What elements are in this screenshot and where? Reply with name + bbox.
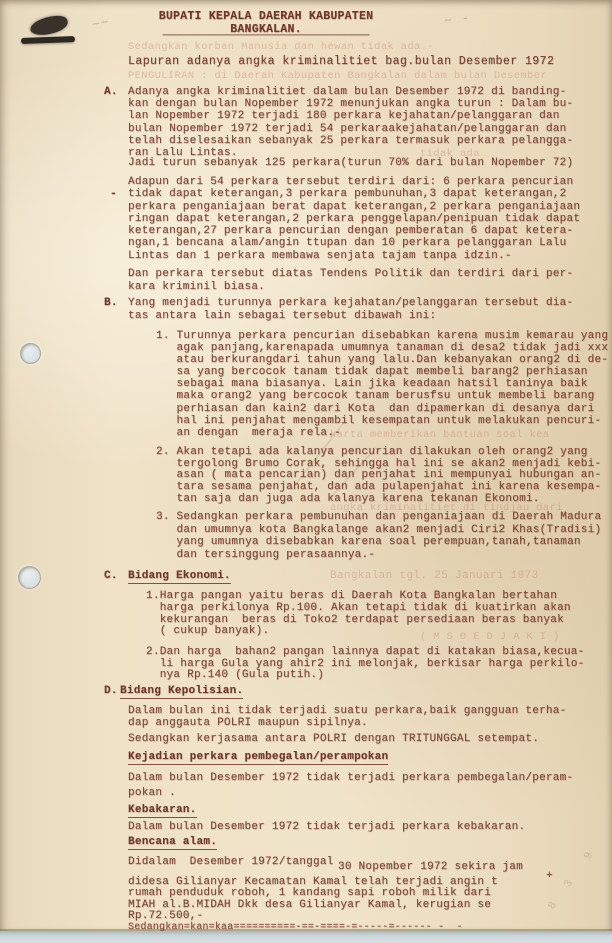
stray-plus-mark: + (546, 870, 553, 882)
section-c-item-2: 2.Dan harga bahan2 pangan lainnya dapat … (146, 647, 584, 682)
section-b-item-2: 2. Akan tetapi ada kalanya pencurian dil… (156, 447, 601, 506)
report-title: Lapuran adanya angka kriminalitiet bag.b… (128, 56, 554, 68)
begal-paragraph: Dalam bulan Desember 1972 tidak terjadi … (128, 771, 573, 800)
ghost-bleed-text: Bangkalan tgl. 25 Januari 1973 (330, 570, 539, 582)
bencana-paragraph: didesa Gilianyar Kecamatan Kamal telah t… (128, 877, 498, 922)
section-b-intro: Yang menjadi turunnya perkara kejahatan/… (128, 297, 573, 323)
scanner-background-band (0, 931, 612, 943)
section-d-heading: Bidang Kepolisian. (120, 685, 243, 699)
pencil-mark: 3 (562, 878, 576, 889)
margin-dash: - (110, 188, 117, 200)
kebakaran-paragraph: Dalam bulan Desember 1972 tidak terjadi … (128, 821, 525, 833)
ink-blot (29, 14, 69, 37)
section-a-paragraph-2: Jadi turun sebanyak 125 perkara(turun 70… (128, 157, 573, 169)
document-page: Sedangkan korban Manusia dan hewan tidak… (0, 0, 612, 933)
ghost-bleed-text: PENGULIRAN : di Daerah Kabupaten Bangkal… (128, 70, 547, 82)
bencana-line-1a: Didalam Desember 1972/tanggal (128, 856, 334, 868)
section-d-paragraph-1: Dalam bulan ini tidak terjadi suatu perk… (128, 705, 566, 729)
pencil-scribble: ~~ (91, 14, 111, 32)
staple-mark (21, 36, 75, 44)
section-a-paragraph-4: Dan perkara tersebut diatas Tendens Poli… (128, 268, 573, 294)
section-a-paragraph-3: Adapun dari 54 perkara tersebut terdiri … (128, 176, 580, 262)
pencil-mark: 9 (583, 851, 597, 862)
section-b-label: B. (104, 297, 118, 309)
bencana-line-1b: 30 Nopember 1972 sekira jam (338, 861, 523, 873)
section-c-heading: Bidang Ekonomi. (128, 570, 231, 584)
kebakaran-heading: Kebakaran. (128, 804, 197, 818)
section-b-item-3: 3. Sedangkan perkara pembunuhan dan peng… (156, 511, 601, 562)
section-d-label: D. (104, 685, 118, 697)
section-a-label: A. (104, 86, 118, 98)
bencana-heading: Bencana alam. (128, 836, 217, 850)
begal-heading: Kejadian perkara pembegalan/perampokan (128, 751, 388, 765)
letterhead-underline: ______________________________ (158, 26, 374, 38)
letterhead-line1: BUPATI KEPALA DAERAH KABUPATEN (158, 11, 374, 23)
section-c-item-1: 1.Harga pangan yaitu beras di Daerah Kot… (146, 591, 571, 638)
section-b-item-1: 1. Turunnya perkara pencurian disebabkan… (156, 330, 608, 439)
punch-hole (18, 566, 41, 589)
section-a-paragraph-1: Adanya angka kriminalitiet dalam bulan D… (128, 86, 573, 159)
section-c-label: C. (104, 570, 118, 582)
punch-hole (20, 343, 41, 364)
pencil-scribble: ~ - (443, 10, 471, 29)
pencil-mark: 8 (546, 900, 560, 912)
ghost-bleed-text: Sedangkan korban Manusia dan hewan tidak… (128, 41, 434, 53)
section-d-paragraph-2: Sedangkan kerjasama antara POLRI dengan … (128, 733, 539, 745)
